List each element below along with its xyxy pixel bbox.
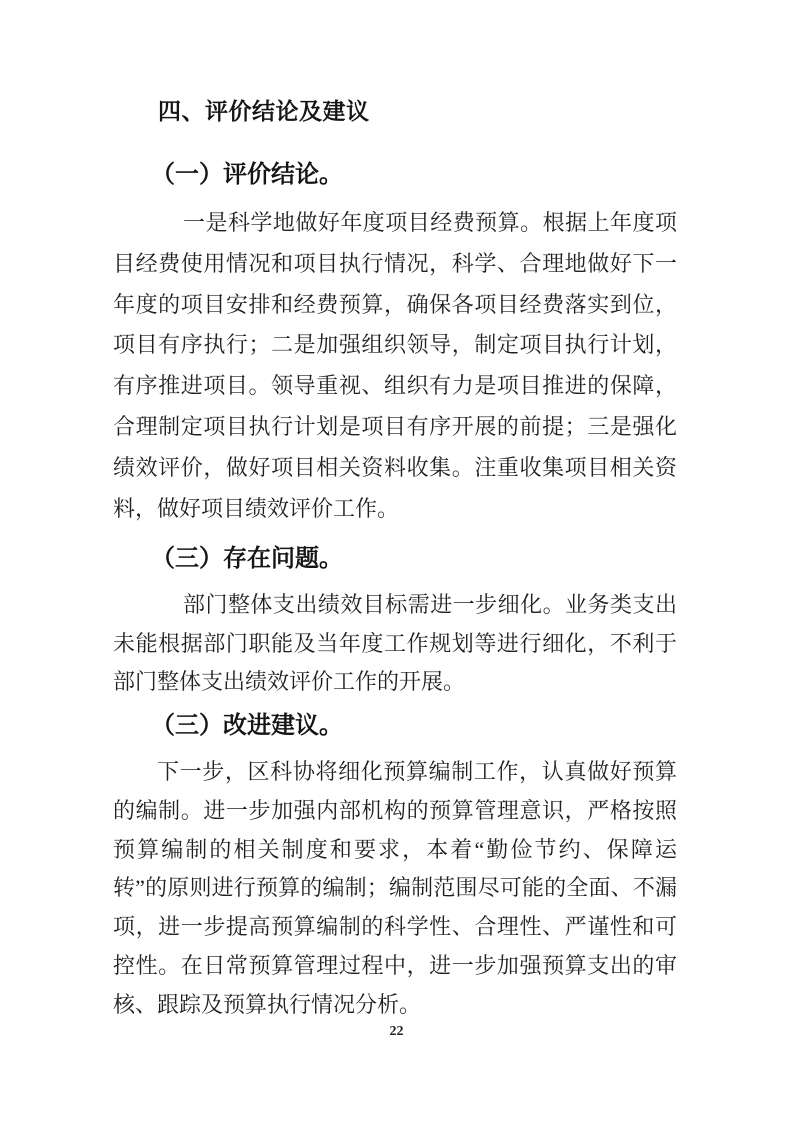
- section-heading: 四、评价结论及建议: [158, 96, 370, 126]
- document-page: 四、评价结论及建议 （一）评价结论。 一是科学地做好年度项目经费预算。根据上年度…: [0, 0, 793, 1122]
- page-number: 22: [0, 1024, 793, 1040]
- paragraph-existing-problems: 部门整体支出绩效目标需进一步细化。业务类支出未能根据部门职能及当年度工作规划等进…: [113, 586, 677, 702]
- subheading-improvement-suggestions: （三）改进建议。: [151, 711, 343, 741]
- subheading-existing-problems: （三）存在问题。: [151, 544, 343, 574]
- paragraph-improvement-suggestions: 下一步，区科协将细化预算编制工作，认真做好预算的编制。进一步加强内部机构的预算管…: [113, 753, 677, 1025]
- paragraph-evaluation-conclusion: 一是科学地做好年度项目经费预算。根据上年度项目经费使用情况和项目执行情况，科学、…: [113, 203, 677, 529]
- subheading-evaluation-conclusion: （一）评价结论。: [151, 160, 343, 190]
